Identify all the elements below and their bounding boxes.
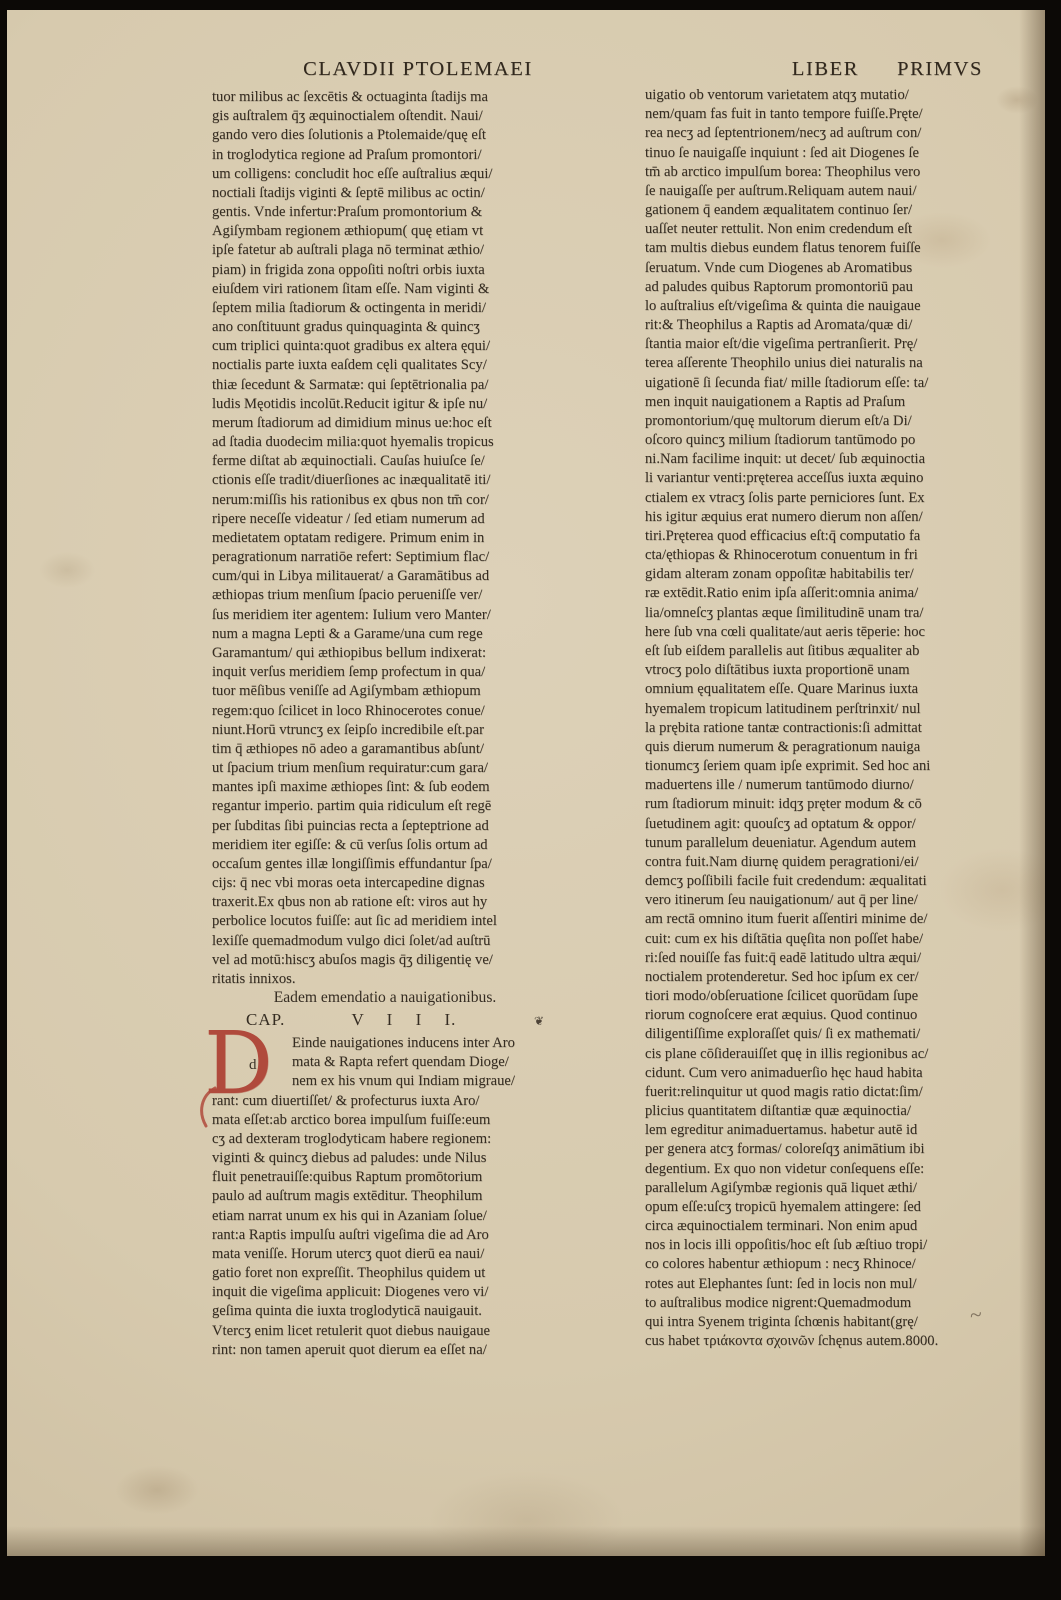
text-line: qui intra Syenem triginta ſchœnis habita… [645, 1313, 987, 1332]
text-line-content: tm̄ ab arctico impulſum borea: Theophilu… [645, 164, 920, 181]
text-line: Einde nauigationes inducens inter Aro [292, 1034, 554, 1053]
text-line: fuerit:relinquitur ut quod magis ratio d… [645, 1083, 987, 1102]
text-line: Agiſymbam regionem æthiopum( quę etiam v… [212, 222, 554, 241]
text-line-content: tunum parallelum deueniatur. Agendum aut… [645, 835, 916, 852]
text-line: inquit die vigeſima applicuit: Diogenes … [212, 1283, 554, 1302]
text-line-content: mata veniſſe. Horum utercʒ quot dierū ea… [212, 1246, 484, 1263]
text-line: ano conſtituunt gradus quinquaginta & qu… [212, 318, 554, 337]
text-line: rant: cum diuertiſſet/ & profecturus iux… [212, 1092, 554, 1111]
text-line-content: regantur imperio. partim quia ridiculum … [212, 798, 491, 815]
text-line: promontorium/quę multorum dierum eſt/a D… [645, 412, 987, 431]
text-line: viginti & quincʒ diebus ad paludes: unde… [212, 1149, 554, 1168]
text-line-content: cʒ ad dexteram troglodyticam habere regi… [212, 1131, 491, 1148]
text-line-content: nerum:miſſis his rationibus ex qbus non … [212, 492, 489, 509]
text-line-content: uigatio ob ventorum varietatem atqʒ muta… [645, 87, 909, 104]
text-line-content: num a magna Lepti & a Garame/una cum reg… [212, 626, 483, 643]
text-line: piam) in frigida zona oppoſiti noſtri or… [212, 261, 554, 280]
text-line-content: merum ſtadiorum ad dimidium minus ue:hoc… [212, 415, 492, 432]
text-line: uigationē ſi ſecunda fiat/ mille ſtadior… [645, 374, 987, 393]
text-line: ad ſtadia duodecim milia:quot hyemalis t… [212, 433, 554, 452]
running-head-right: LIBER PRIMVS [645, 58, 987, 84]
text-line-content: vtrocʒ polo diſtātibus iuxta proportionē… [645, 662, 910, 679]
text-line: oſcoro quincʒ milium ſtadiorum tantūmodo… [645, 431, 987, 450]
text-line: tim q̄ æthiopes nō adeo a garamantibus a… [212, 740, 554, 759]
text-line-content: vel ad motū:hiscʒ abuſos magis q̄ʒ dilig… [212, 952, 493, 969]
text-line-content: co colores habentur æthiopum : necʒ Rhin… [645, 1256, 916, 1273]
text-line-content: gatio foret non expreſſit. Theophilus qu… [212, 1265, 485, 1282]
text-line-content: medietatem optatam redigere. Primum enim… [212, 530, 484, 547]
text-line-content: ctionis eſſe tradit/diuerſiones ac inæqu… [212, 472, 490, 489]
text-line: ritatis innixos. [212, 970, 554, 989]
text-line-content: Vtercʒ enim licet retulerit quot diebus … [212, 1323, 490, 1340]
text-line: mantes ipſi maxime æthiopes ſint: & ſub … [212, 778, 554, 797]
text-line: here ſub vna cœli qualitate/aut aeris tē… [645, 623, 987, 642]
text-line-content: ctialem ex vtracʒ ſolis parte perniciore… [645, 490, 925, 507]
text-line-content: degentium. Ex quo non videtur conſequens… [645, 1161, 924, 1178]
text-line-content: tuor mēſibus veniſſe ad Agiſymbam æthiop… [212, 683, 481, 700]
text-line: gidam alteram zonam oppoſitæ habitabilis… [645, 565, 987, 584]
running-head-left-title: CLAVDII PTOLEMAEI [303, 58, 533, 80]
text-line-content: ludis Męotidis incolūt.Reducit igitur & … [212, 396, 487, 413]
text-line: num a magna Lepti & a Garame/una cum reg… [212, 625, 554, 644]
text-line: plicius quantitatem diſtantiæ quæ æquino… [645, 1102, 987, 1121]
text-line: fluit penetrauiſſe:quibus Raptum promōto… [212, 1168, 554, 1187]
text-line: ferme diſtat ab æquinoctiali. Cauſas hui… [212, 452, 554, 471]
text-line-content: niunt.Horū vtruncʒ ex ſeipſo incredibile… [212, 722, 484, 739]
text-line: cus habet τριάκοντα σχοινῶν ſchęnus aute… [645, 1332, 987, 1351]
text-line: um colligens: concludit hoc eſſe auſtral… [212, 165, 554, 184]
text-line: eſt ſub eiſdem parallelis aut ſitibus æq… [645, 642, 987, 661]
text-line-content: ſtantia maior eſt/die vigeſima pertranſi… [645, 336, 917, 353]
text-line-content: paulo ad auſtrum magis extēditur. Theoph… [212, 1188, 482, 1205]
text-line: ſtantia maior eſt/die vigeſima pertranſi… [645, 335, 987, 354]
text-line-content: uigationē ſi ſecunda fiat/ mille ſtadior… [645, 375, 928, 392]
text-line-content: cuit: cum ex his diſtātia quęſita non po… [645, 931, 923, 948]
text-line-content: mata & Rapta refert quendam Dioge/ [292, 1054, 509, 1071]
text-line: per genera atcʒ formas/ coloreſqʒ animāt… [645, 1140, 987, 1159]
text-line-content: his igitur æquius erat numero dierum non… [645, 509, 923, 526]
text-line: la prębita ratione tantæ contractionis:ſ… [645, 719, 987, 738]
text-line: gatio foret non expreſſit. Theophilus qu… [212, 1264, 554, 1283]
text-line-content: nos in locis illi oppoſitis/hoc eſt ſub … [645, 1237, 927, 1254]
text-line: tm̄ ab arctico impulſum borea: Theophilu… [645, 163, 987, 182]
text-line: æthiopas trium menſium ſpacio perueniſſe… [212, 586, 554, 605]
right-text-column: uigatio ob ventorum varietatem atqʒ muta… [645, 86, 987, 1351]
text-line: gationem q̄ eandem æqualitatem continuo … [645, 201, 987, 220]
text-line: peragrationum narratiōe refert: Septimiu… [212, 548, 554, 567]
text-line: his igitur æquius erat numero dierum non… [645, 508, 987, 527]
text-line: cum/qui in Libya militauerat/ a Garamāti… [212, 567, 554, 586]
text-line: geſima quinta die iuxta troglodyticā nau… [212, 1302, 554, 1321]
text-line-content: lexiſſe quemadmodum vulgo dici ſolet/ad … [212, 933, 490, 950]
text-line-content: Garamantum/ qui æthiopibus bellum indixe… [212, 645, 486, 662]
text-line-content: traxerit.Ex qbus non ab ratione eſt: vir… [212, 894, 487, 911]
text-line: rotes aut Elephantes ſunt: ſed in locis … [645, 1275, 987, 1294]
text-line: terea aſſerente Theophilo unius diei nat… [645, 354, 987, 373]
text-line: li variantur venti:pręterea acceſſus iux… [645, 469, 987, 488]
text-line: am rectā omnino itum fuerit aſſentiri mi… [645, 910, 987, 929]
text-line-content: ano conſtituunt gradus quinquaginta & qu… [212, 319, 480, 336]
text-line: contra fuit.Nam diurnę quidem peragratio… [645, 853, 987, 872]
text-line-content: ni.Nam facilime inquit: ut decet/ ſub æq… [645, 451, 925, 468]
text-line-content: ſeptem milia ſtadiorum & octingenta in m… [212, 300, 486, 317]
text-line: ſe nauigaſſe per auſtrum.Reliquam autem … [645, 182, 987, 201]
text-line-content: gentis. Vnde infertur:Praſum promontoriu… [212, 204, 482, 221]
text-line-content: per ſubditas ſibi puincias recta a ſepte… [212, 818, 489, 835]
text-line-content: nem ex his vnum qui Indiam migraue/ [292, 1073, 515, 1090]
text-line: mata eſſet:ab arctico borea impulſum fui… [212, 1111, 554, 1130]
text-line-content: rit:& Theophilus a Raptis ad Aromata/quæ… [645, 317, 912, 334]
text-line-content: per genera atcʒ formas/ coloreſqʒ animāt… [645, 1141, 925, 1158]
text-line: medietatem optatam redigere. Primum enim… [212, 529, 554, 548]
text-line: ræ extēdit.Ratio enim ipſa aſſerit:omnia… [645, 584, 987, 603]
text-line-content: ræ extēdit.Ratio enim ipſa aſſerit:omnia… [645, 585, 918, 602]
text-line: tiori modo/obſeruatione ſcilicet quorūda… [645, 987, 987, 1006]
text-line-content: gationem q̄ eandem æqualitatem continuo … [645, 202, 912, 219]
text-line-content: tiori modo/obſeruatione ſcilicet quorūda… [645, 988, 918, 1005]
text-line-content: ad ſtadia duodecim milia:quot hyemalis t… [212, 434, 494, 451]
text-line-content: rant: cum diuertiſſet/ & profecturus iux… [212, 1093, 479, 1110]
text-line: tunum parallelum deueniatur. Agendum aut… [645, 834, 987, 853]
text-line: merum ſtadiorum ad dimidium minus ue:hoc… [212, 414, 554, 433]
running-head-left: CLAVDII PTOLEMAEI [247, 58, 589, 84]
text-line: noctialem protenderetur. Sed hoc ipſum e… [645, 968, 987, 987]
text-line: lia/omneſcʒ plantas æque ſimilitudinē un… [645, 604, 987, 623]
text-line: cis plane cōſiderauiſſet quę in illis re… [645, 1045, 987, 1064]
text-line: noctialis parte iuxta eaſdem cęli qualit… [212, 356, 554, 375]
running-head-right-word2: PRIMVS [897, 58, 983, 84]
text-line-content: æthiopas trium menſium ſpacio perueniſſe… [212, 587, 482, 604]
text-line-content: geſima quinta die iuxta troglodyticā nau… [212, 1303, 482, 1320]
text-line-content: tinuo ſe nauigaſſe inquiunt : ſed ait Di… [645, 145, 919, 162]
text-line-content: rum ſtadiorum minuit: idqʒ pręter modum … [645, 796, 922, 813]
text-line-content: fluit penetrauiſſe:quibus Raptum promōto… [212, 1169, 482, 1186]
text-line: nem/quam fas fuit in tanto tempore fuiſſ… [645, 105, 987, 124]
text-line-content: inquit die vigeſima applicuit: Diogenes … [212, 1284, 488, 1301]
text-line: paulo ad auſtrum magis extēditur. Theoph… [212, 1187, 554, 1206]
text-line-content: piam) in frigida zona oppoſiti noſtri or… [212, 262, 485, 279]
text-line: cʒ ad dexteram troglodyticam habere regi… [212, 1130, 554, 1149]
text-line-content: opum eſſe:uſcʒ tropicū hyemalem attinger… [645, 1199, 921, 1216]
text-line-content: ſe nauigaſſe per auſtrum.Reliquam autem … [645, 183, 917, 200]
text-line: rint: non tamen aperuit quot dierum ea e… [212, 1341, 554, 1360]
text-line: mata veniſſe. Horum utercʒ quot dierū ea… [212, 1245, 554, 1264]
text-line: gando vero dies ſolutionis a Ptolemaide/… [212, 126, 554, 145]
text-line-content: demcʒ poſſibili facile fuit credendum: æ… [645, 873, 927, 890]
text-line-content: perbolice locutos fuiſſe: aut ſic ad mer… [212, 913, 497, 930]
text-line: ad paludes quibus Raptorum promontoriū p… [645, 278, 987, 297]
text-line-content: am rectā omnino itum fuerit aſſentiri mi… [645, 911, 927, 928]
text-line-content: promontorium/quę multorum dierum eſt/a D… [645, 413, 912, 430]
text-line: cijs: q̄ nec vbi moras oeta intercapedin… [212, 874, 554, 893]
text-line: rit:& Theophilus a Raptis ad Aromata/quæ… [645, 316, 987, 335]
text-line-content: rint: non tamen aperuit quot dierum ea e… [212, 1342, 487, 1359]
text-line-content: lia/omneſcʒ plantas æque ſimilitudinē un… [645, 605, 923, 622]
text-line: lem egreditur animaduertamus. habetur au… [645, 1121, 987, 1140]
chapter-body: D d Einde nauigationes inducens inter Ar… [212, 1034, 554, 1360]
scanned-book-page: { "page": { "header": { "left_title": "C… [0, 0, 1061, 1600]
text-line: gis auſtralem q̄ʒ æquinoctialem oſtendit… [212, 107, 554, 126]
text-line: niunt.Horū vtruncʒ ex ſeipſo incredibile… [212, 721, 554, 740]
text-line: tinuo ſe nauigaſſe inquiunt : ſed ait Di… [645, 144, 987, 163]
text-line-content: regem:quo ſcilicet in loco Rhinocerotes … [212, 703, 485, 720]
text-line-content: gis auſtralem q̄ʒ æquinoctialem oſtendit… [212, 108, 483, 125]
text-line-content: in troglodytica regione ad Praſum promon… [212, 147, 482, 164]
text-line: uigatio ob ventorum varietatem atqʒ muta… [645, 86, 987, 105]
text-line-content: rotes aut Elephantes ſunt: ſed in locis … [645, 1276, 917, 1293]
text-line: degentium. Ex quo non videtur conſequens… [645, 1160, 987, 1179]
text-line-content: ut ſpacium trium menſium requiratur:cum … [212, 760, 488, 777]
text-line-content: plicius quantitatem diſtantiæ quæ æquino… [645, 1103, 911, 1120]
text-line-content: ipſe fatetur ab auſtrali plaga nō termin… [212, 242, 484, 259]
text-line-content: rea necʒ ad ſeptentrionem/necʒ ad auſtru… [645, 125, 921, 142]
text-line: cum triplici quinta:quot gradibus ex alt… [212, 337, 554, 356]
text-line-content: ferme diſtat ab æquinoctiali. Cauſas hui… [212, 453, 485, 470]
text-line: tuor mēſibus veniſſe ad Agiſymbam æthiop… [212, 682, 554, 701]
text-line: circa æquinoctialem terminari. Non enim … [645, 1217, 987, 1236]
text-line: meridiem iter egiſſe: & cū verſus ſolis … [212, 836, 554, 855]
text-line-content: terea aſſerente Theophilo unius diei nat… [645, 355, 923, 372]
text-line: nerum:miſſis his rationibus ex qbus non … [212, 491, 554, 510]
left-text-column: tuor milibus ac ſexcētis & octuaginta ſt… [212, 88, 554, 1360]
text-line: ut ſpacium trium menſium requiratur:cum … [212, 759, 554, 778]
text-line: tam multis diebus eundem flatus tenorem … [645, 239, 987, 258]
text-line-content: Agiſymbam regionem æthiopum( quę etiam v… [212, 223, 483, 240]
text-line-content: tiri.Pręterea quod efficacius eſt:q̄ com… [645, 528, 920, 545]
text-line: vtrocʒ polo diſtātibus iuxta proportionē… [645, 661, 987, 680]
text-line: thiæ ſecedunt & Sarmatæ: qui ſeptētriona… [212, 376, 554, 395]
text-line-content: tuor milibus ac ſexcētis & octuaginta ſt… [212, 89, 488, 106]
text-line: eiuſdem viri rationem ſitam eſſe. Nam vi… [212, 280, 554, 299]
text-line-content: mata eſſet:ab arctico borea impulſum fui… [212, 1112, 490, 1129]
text-line-content: gidam alteram zonam oppoſitæ habitabilis… [645, 566, 914, 583]
text-line: cuit: cum ex his diſtātia quęſita non po… [645, 930, 987, 949]
text-line-content: cum/qui in Libya militauerat/ a Garamāti… [212, 568, 489, 585]
text-line: tuor milibus ac ſexcētis & octuaginta ſt… [212, 88, 554, 107]
text-line: occaſum gentes illæ longiſſimis effundan… [212, 855, 554, 874]
text-line-content: cidunt. Cum vero animaduerſio hęc haud h… [645, 1065, 923, 1082]
text-line: nos in locis illi oppoſitis/hoc eſt ſub … [645, 1236, 987, 1255]
text-line: parallelum Agiſymbæ regionis quā liquet … [645, 1179, 987, 1198]
text-line-content: inquit verſus meridiem ſemp profectum in… [212, 664, 485, 681]
text-line: diligentiſſime exploraſſet quis/ ſi ex m… [645, 1025, 987, 1044]
text-line: demcʒ poſſibili facile fuit credendum: æ… [645, 872, 987, 891]
text-line-content: cum triplici quinta:quot gradibus ex alt… [212, 338, 490, 355]
text-line-content: mantes ipſi maxime æthiopes ſint: & ſub … [212, 779, 490, 796]
text-line-content: peragrationum narratiōe refert: Septimiu… [212, 549, 489, 566]
text-line: vel ad motū:hiscʒ abuſos magis q̄ʒ dilig… [212, 951, 554, 970]
page-edge-shadow-bottom [7, 1526, 1045, 1556]
text-line-content: diligentiſſime exploraſſet quis/ ſi ex m… [645, 1026, 920, 1043]
text-line-content: quis dierum numerum & peragrationum naui… [645, 739, 920, 756]
text-line-content: to auſtralibus modice nigrent:Quemadmodu… [645, 1295, 911, 1312]
text-line-content: cijs: q̄ nec vbi moras oeta intercapedin… [212, 875, 485, 892]
text-line-content: circa æquinoctialem terminari. Non enim … [645, 1218, 917, 1235]
text-line-content: men inquit nauigationem a Raptis ad Praſ… [645, 394, 905, 411]
text-line: per ſubditas ſibi puincias recta a ſepte… [212, 817, 554, 836]
text-line: ctialem ex vtracʒ ſolis parte perniciore… [645, 489, 987, 508]
text-line: noctiali ſtadijs viginti & ſeptē milibus… [212, 184, 554, 203]
page-edge-shadow-right [1019, 10, 1045, 1556]
text-line-content: ſus meridiem iter agentem: Iulium vero M… [212, 607, 491, 624]
text-line: Vtercʒ enim licet retulerit quot diebus … [212, 1322, 554, 1341]
text-line-content: thiæ ſecedunt & Sarmatæ: qui ſeptētriona… [212, 377, 488, 394]
text-line-content: um colligens: concludit hoc eſſe auſtral… [212, 166, 492, 183]
text-line-content: meridiem iter egiſſe: & cū verſus ſolis … [212, 837, 488, 854]
text-line: riorum cognoſcere erat æquius. Quod cont… [645, 1006, 987, 1025]
text-line-content: parallelum Agiſymbæ regionis quā liquet … [645, 1180, 917, 1197]
text-line: cidunt. Cum vero animaduerſio hęc haud h… [645, 1064, 987, 1083]
text-line-content: Einde nauigationes inducens inter Aro [292, 1035, 515, 1052]
text-line-content: lem egreditur animaduertamus. habetur au… [645, 1122, 917, 1139]
text-line: cta/ęthiopas & Rhinocerotum conuentum in… [645, 546, 987, 565]
text-line-content: tam multis diebus eundem flatus tenorem … [645, 240, 921, 257]
text-line: lexiſſe quemadmodum vulgo dici ſolet/ad … [212, 932, 554, 951]
printer-ornament-icon: ❦ [534, 1014, 544, 1029]
text-line: opum eſſe:uſcʒ tropicū hyemalem attinger… [645, 1198, 987, 1217]
text-line: men inquit nauigationem a Raptis ad Praſ… [645, 393, 987, 412]
text-line: mata & Rapta refert quendam Dioge/ [292, 1053, 554, 1072]
text-line: rum ſtadiorum minuit: idqʒ pręter modum … [645, 795, 987, 814]
text-line-content: la prębita ratione tantæ contractionis:ſ… [645, 720, 922, 737]
text-line: quis dierum numerum & peragrationum naui… [645, 738, 987, 757]
text-line-content: eiuſdem viri rationem ſitam eſſe. Nam vi… [212, 281, 489, 298]
text-line: etiam narrat unum ex his qui in Azaniam … [212, 1207, 554, 1226]
text-line-content: ri:ſed nouiſſe fas fuit:q̄ eadē latitudo… [645, 950, 921, 967]
text-line: ctionis eſſe tradit/diuerſiones ac inæqu… [212, 471, 554, 490]
text-line: regem:quo ſcilicet in loco Rhinocerotes … [212, 702, 554, 721]
section-heading: Eadem emendatio a nauigationibus. [212, 989, 554, 1010]
text-line-content: cta/ęthiopas & Rhinocerotum conuentum in… [645, 547, 918, 564]
text-line: in troglodytica regione ad Praſum promon… [212, 146, 554, 165]
text-line: hyemalem tropicum latitudinem perſtrinxi… [645, 700, 987, 719]
text-line: perbolice locutos fuiſſe: aut ſic ad mer… [212, 912, 554, 931]
text-line: vero itinerum ſeu nauigationum/ aut q̄ p… [645, 891, 987, 910]
text-line-content: ſeruatum. Vnde cum Diogenes ab Aromatibu… [645, 260, 912, 277]
text-line-content: occaſum gentes illæ longiſſimis effundan… [212, 856, 492, 873]
text-line-content: noctialis parte iuxta eaſdem cęli qualit… [212, 357, 487, 374]
text-line: traxerit.Ex qbus non ab ratione eſt: vir… [212, 893, 554, 912]
text-line-content: qui intra Syenem triginta ſchœnis habita… [645, 1314, 918, 1331]
text-line-content: here ſub vna cœli qualitate/aut aeris tē… [645, 624, 925, 641]
running-head-right-word1: LIBER [792, 58, 859, 84]
text-line-content: li variantur venti:pręterea acceſſus iux… [645, 470, 923, 487]
section-heading-text: Eadem emendatio a nauigationibus. [274, 989, 497, 1006]
text-line: ni.Nam facilime inquit: ut decet/ ſub æq… [645, 450, 987, 469]
text-line-content: noctiali ſtadijs viginti & ſeptē milibus… [212, 185, 485, 202]
text-line-content: ad paludes quibus Raptorum promontoriū p… [645, 279, 913, 296]
text-line-content: uaſſet neuter rettulit. Non enim credend… [645, 221, 912, 238]
text-line-content: ſuetudinem agit: quouſcʒ ad optatum & op… [645, 816, 916, 833]
text-line: ludis Męotidis incolūt.Reducit igitur & … [212, 395, 554, 414]
text-line: rant:a Raptis impulſu auſtri vigeſima di… [212, 1226, 554, 1245]
text-line-content: cus habet τριάκοντα σχοινῶν ſchęnus aute… [645, 1333, 938, 1350]
text-line: tiri.Pręterea quod efficacius eſt:q̄ com… [645, 527, 987, 546]
text-line: uaſſet neuter rettulit. Non enim credend… [645, 220, 987, 239]
text-line-content: vero itinerum ſeu nauigationum/ aut q̄ p… [645, 892, 918, 909]
text-line-content: lo auſtralius eſt/vigeſima & quinta die … [645, 298, 921, 315]
text-line: lo auſtralius eſt/vigeſima & quinta die … [645, 297, 987, 316]
text-line: omnium ęqualitatem eſſe. Quare Marinus i… [645, 680, 987, 699]
text-line-content: contra fuit.Nam diurnę quidem peragratio… [645, 854, 919, 871]
text-line: ſus meridiem iter agentem: Iulium vero M… [212, 606, 554, 625]
text-line: ipſe fatetur ab auſtrali plaga nō termin… [212, 241, 554, 260]
text-line-content: noctialem protenderetur. Sed hoc ipſum e… [645, 969, 919, 986]
text-line-content: viginti & quincʒ diebus ad paludes: unde… [212, 1150, 486, 1167]
text-line: ſeptem milia ſtadiorum & octingenta in m… [212, 299, 554, 318]
text-line: tionumcʒ ſeriem quam ipſe exprimit. Sed … [645, 757, 987, 776]
text-line: rea necʒ ad ſeptentrionem/necʒ ad auſtru… [645, 124, 987, 143]
text-line-content: tionumcʒ ſeriem quam ipſe exprimit. Sed … [645, 758, 930, 775]
text-line-content: omnium ęqualitatem eſſe. Quare Marinus i… [645, 681, 918, 698]
text-line-content: oſcoro quincʒ milium ſtadiorum tantūmodo… [645, 432, 915, 449]
text-line-content: riorum cognoſcere erat æquius. Quod cont… [645, 1007, 917, 1024]
chapter-cap-numeral: V I I I. [351, 1010, 456, 1030]
text-line-content: rant:a Raptis impulſu auſtri vigeſima di… [212, 1227, 489, 1244]
text-line: maduertens ille / numerum tantūmodo diur… [645, 776, 987, 795]
text-line-content: maduertens ille / numerum tantūmodo diur… [645, 777, 914, 794]
drop-cap-guide-letter: d [249, 1057, 257, 1074]
text-line: ſuetudinem agit: quouſcʒ ad optatum & op… [645, 815, 987, 834]
text-line: Garamantum/ qui æthiopibus bellum indixe… [212, 644, 554, 663]
page-paper: CLAVDII PTOLEMAEI LIBER PRIMVS tuor mili… [7, 10, 1045, 1556]
text-line: ri:ſed nouiſſe fas fuit:q̄ eadē latitudo… [645, 949, 987, 968]
text-line-content: gando vero dies ſolutionis a Ptolemaide/… [212, 127, 486, 144]
text-line: inquit verſus meridiem ſemp profectum in… [212, 663, 554, 682]
text-line-content: ritatis innixos. [212, 971, 296, 988]
text-line-content: ripere neceſſe videatur / ſed etiam nume… [212, 511, 485, 528]
text-line: to auſtralibus modice nigrent:Quemadmodu… [645, 1294, 987, 1313]
text-line: ripere neceſſe videatur / ſed etiam nume… [212, 510, 554, 529]
text-line-content: hyemalem tropicum latitudinem perſtrinxi… [645, 701, 921, 718]
text-line: nem ex his vnum qui Indiam migraue/ [292, 1072, 554, 1091]
text-line: co colores habentur æthiopum : necʒ Rhin… [645, 1255, 987, 1274]
text-line: regantur imperio. partim quia ridiculum … [212, 797, 554, 816]
text-line-content: etiam narrat unum ex his qui in Azaniam … [212, 1208, 487, 1225]
text-line: gentis. Vnde infertur:Praſum promontoriu… [212, 203, 554, 222]
text-line-content: tim q̄ æthiopes nō adeo a garamantibus a… [212, 741, 484, 758]
text-line-content: fuerit:relinquitur ut quod magis ratio d… [645, 1084, 923, 1101]
text-line-content: nem/quam fas fuit in tanto tempore fuiſſ… [645, 106, 923, 123]
text-line-content: cis plane cōſiderauiſſet quę in illis re… [645, 1046, 928, 1063]
text-line: ſeruatum. Vnde cum Diogenes ab Aromatibu… [645, 259, 987, 278]
text-line-content: eſt ſub eiſdem parallelis aut ſitibus æq… [645, 643, 919, 660]
